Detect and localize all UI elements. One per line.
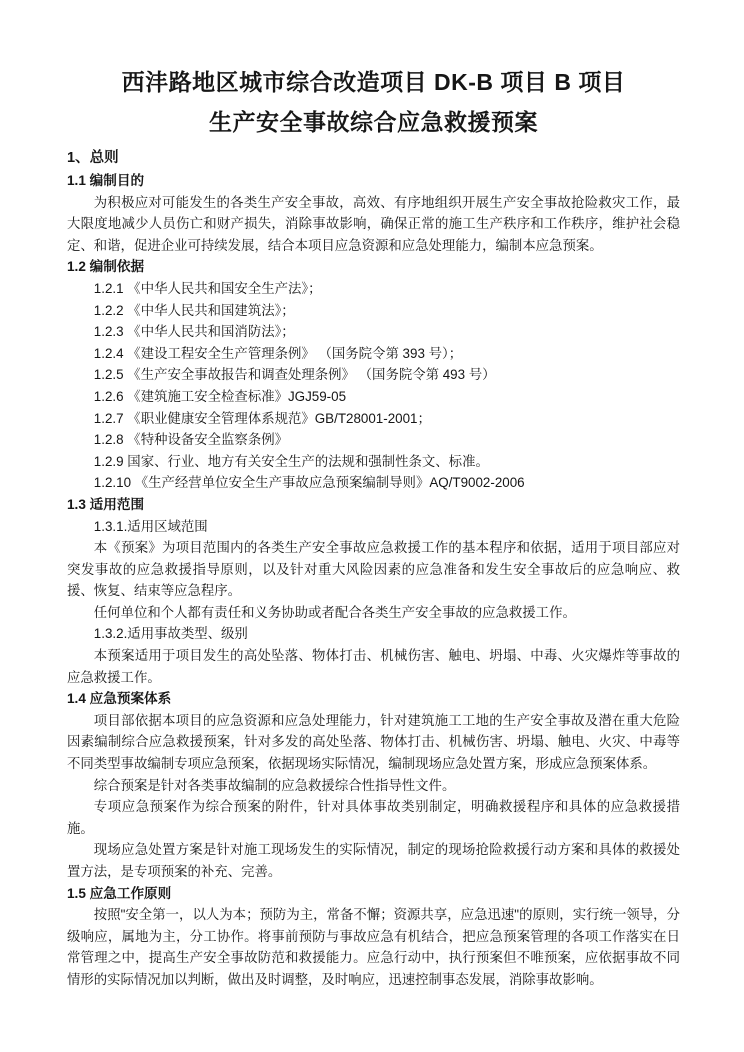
document-title: 西沣路地区城市综合改造项目 DK-B 项目 B 项目 生产安全事故综合应急救援预… (67, 62, 680, 142)
document-page: 西沣路地区城市综合改造项目 DK-B 项目 B 项目 生产安全事故综合应急救援预… (0, 0, 744, 1052)
heading-1-5-work-principles: 1.5 应急工作原则 (67, 883, 680, 905)
basis-list-item: 1.2.1 《中华人民共和国安全生产法》； (67, 278, 680, 300)
paragraph-plan-system: 项目部依据本项目的应急资源和应急处理能力，针对建筑施工工地的生产安全事故及潜在重… (67, 710, 680, 775)
paragraph-onsite-plan: 现场应急处置方案是针对施工现场发生的实际情况，制定的现场抢险救援行动方案和具体的… (67, 839, 680, 882)
heading-1-3-scope: 1.3 适用范围 (67, 494, 680, 516)
paragraph-obligation: 任何单位和个人都有责任和义务协助或者配合各类生产安全事故的应急救援工作。 (67, 602, 680, 624)
basis-list-item: 1.2.3 《中华人民共和国消防法》； (67, 321, 680, 343)
document-title-line-1: 西沣路地区城市综合改造项目 DK-B 项目 B 项目 (67, 62, 680, 102)
basis-list-item: 1.2.7 《职业健康安全管理体系规范》GB/T28001-2001； (67, 408, 680, 430)
paragraph-special-plan: 专项应急预案作为综合预案的附件，针对具体事故类别制定，明确救援程序和具体的应急救… (67, 796, 680, 839)
subheading-1-3-2-accident-types: 1.3.2.适用事故类型、级别 (67, 623, 680, 645)
paragraph-purpose: 为积极应对可能发生的各类生产安全事故，高效、有序地组织开展生产安全事故抢险救灾工… (67, 192, 680, 257)
document-title-line-2: 生产安全事故综合应急救援预案 (67, 102, 680, 142)
basis-list-item: 1.2.4 《建设工程安全生产管理条例》 （国务院令第 393 号）； (67, 343, 680, 365)
heading-1-1-purpose: 1.1 编制目的 (67, 170, 680, 192)
basis-list-item: 1.2.2 《中华人民共和国建筑法》； (67, 300, 680, 322)
paragraph-comprehensive-plan: 综合预案是针对各类事故编制的应急救援综合性指导性文件。 (67, 775, 680, 797)
paragraph-accident-types: 本预案适用于项目发生的高处坠落、物体打击、机械伤害、触电、坍塌、中毒、火灾爆炸等… (67, 645, 680, 688)
subheading-1-3-1-area-scope: 1.3.1.适用区域范围 (67, 516, 680, 538)
basis-list-item: 1.2.8 《特种设备安全监察条例》 (67, 429, 680, 451)
heading-1-general: 1、总则 (67, 147, 680, 170)
heading-1-2-basis: 1.2 编制依据 (67, 256, 680, 278)
paragraph-area-scope: 本《预案》为项目范围内的各类生产安全事故应急救援工作的基本程序和依据，适用于项目… (67, 537, 680, 602)
basis-list-item: 1.2.5 《生产安全事故报告和调查处理条例》 （国务院令第 493 号） (67, 364, 680, 386)
heading-1-4-plan-system: 1.4 应急预案体系 (67, 688, 680, 710)
basis-list-item: 1.2.9 国家、行业、地方有关安全生产的法规和强制性条文、标准。 (67, 451, 680, 473)
basis-list-item: 1.2.10 《生产经营单位安全生产事故应急预案编制导则》AQ/T9002-20… (67, 472, 680, 494)
basis-list-item: 1.2.6 《建筑施工安全检查标准》JGJ59-05 (67, 386, 680, 408)
paragraph-work-principles: 按照"安全第一，以人为本；预防为主，常备不懈；资源共享，应急迅速"的原则，实行统… (67, 904, 680, 990)
